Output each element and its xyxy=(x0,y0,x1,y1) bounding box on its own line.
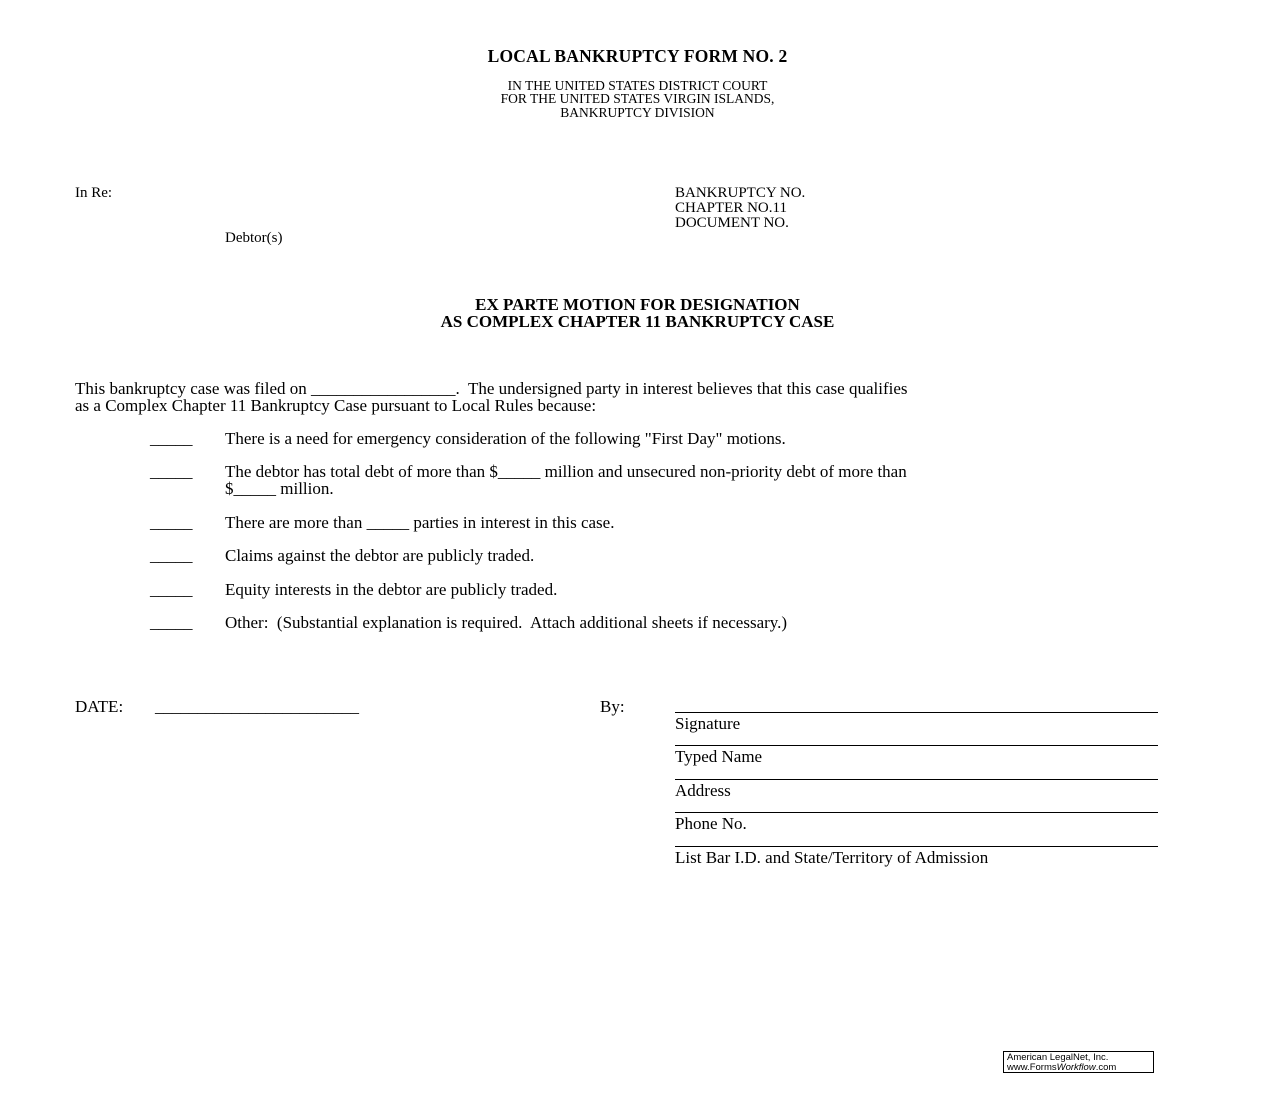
criterion-text: Equity interests in the debtor are publi… xyxy=(225,580,557,600)
footer-url: www.FormsWorkflow.com xyxy=(1007,1063,1153,1073)
signature-field-label: Address xyxy=(675,781,731,801)
criterion-text: Other: (Substantial explanation is requi… xyxy=(225,613,787,633)
date-label: DATE: xyxy=(75,697,123,717)
form-title: LOCAL BANKRUPTCY FORM NO. 2 xyxy=(0,46,1275,67)
criterion-text: $_____ million. xyxy=(225,479,334,499)
court-name-line-3: BANKRUPTCY DIVISION xyxy=(0,106,1275,120)
criterion-checkbox-blank[interactable]: _____ xyxy=(150,429,193,449)
signature-field-label: Signature xyxy=(675,714,740,734)
debtor-label: Debtor(s) xyxy=(225,230,282,247)
date-field[interactable]: ________________________ xyxy=(155,697,359,717)
criterion-checkbox-blank[interactable]: _____ xyxy=(150,513,193,533)
signature-field-label: Typed Name xyxy=(675,747,762,767)
criterion-checkbox-blank[interactable]: _____ xyxy=(150,613,193,633)
bankruptcy-no-label: BANKRUPTCY NO. xyxy=(675,186,805,201)
by-label: By: xyxy=(600,697,625,717)
criterion-text: There is a need for emergency considerat… xyxy=(225,429,786,449)
chapter-no-label: CHAPTER NO.11 xyxy=(675,201,787,216)
signature-field-label: Phone No. xyxy=(675,814,747,834)
criterion-text: There are more than _____ parties in int… xyxy=(225,513,614,533)
signature-line[interactable] xyxy=(675,712,1158,713)
in-re-label: In Re: xyxy=(75,185,112,202)
criterion-checkbox-blank[interactable]: _____ xyxy=(150,462,193,482)
signature-line[interactable] xyxy=(675,846,1158,847)
criterion-text: Claims against the debtor are publicly t… xyxy=(225,546,534,566)
footer-watermark: American LegalNet, Inc. www.FormsWorkflo… xyxy=(1003,1051,1154,1073)
criterion-checkbox-blank[interactable]: _____ xyxy=(150,580,193,600)
criterion-checkbox-blank[interactable]: _____ xyxy=(150,546,193,566)
signature-line[interactable] xyxy=(675,812,1158,813)
document-no-label: DOCUMENT NO. xyxy=(675,216,789,231)
signature-line[interactable] xyxy=(675,779,1158,780)
motion-title-line-2: AS COMPLEX CHAPTER 11 BANKRUPTCY CASE xyxy=(0,312,1275,332)
signature-field-label: List Bar I.D. and State/Territory of Adm… xyxy=(675,848,988,868)
signature-line[interactable] xyxy=(675,745,1158,746)
court-name-line-2: FOR THE UNITED STATES VIRGIN ISLANDS, xyxy=(0,92,1275,106)
intro-paragraph-line-2: as a Complex Chapter 11 Bankruptcy Case … xyxy=(75,396,596,416)
